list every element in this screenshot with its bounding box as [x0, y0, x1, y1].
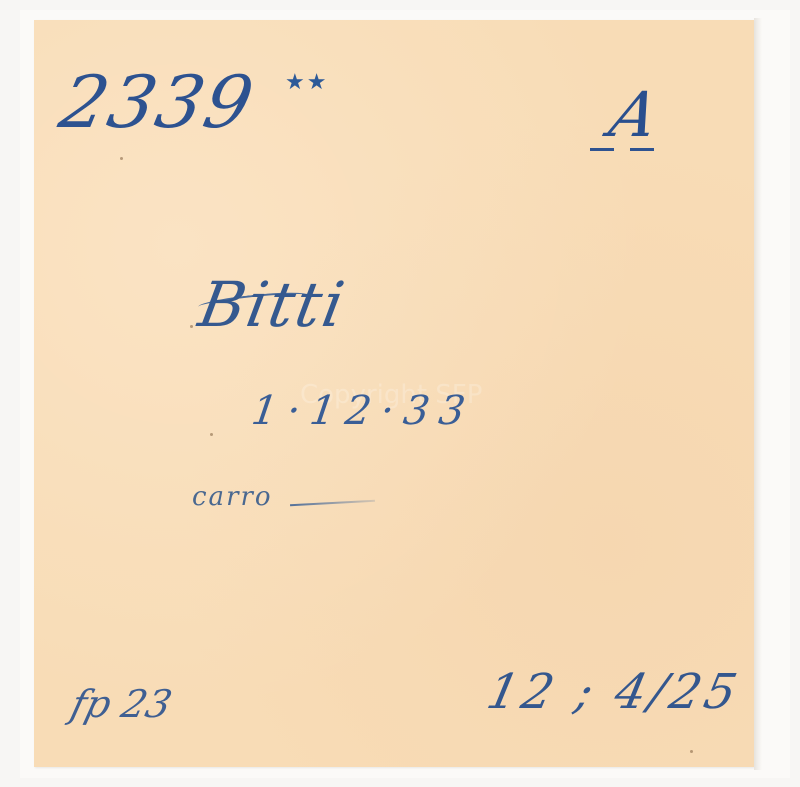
- reference-left: fp 23: [67, 682, 177, 726]
- ink-speck: [190, 325, 193, 328]
- subject-name: Bitti: [194, 268, 352, 341]
- reference-right: 12 ; 4/25: [482, 664, 745, 720]
- date: 1·12·33: [249, 388, 478, 434]
- ink-speck: [690, 750, 693, 753]
- star-marks-icon: ★★: [285, 70, 328, 95]
- card-edge-shadow: [754, 18, 762, 770]
- note: carro: [192, 482, 273, 512]
- category-underline: [590, 148, 654, 154]
- catalog-number: 2339: [53, 60, 262, 144]
- ink-speck: [120, 157, 123, 160]
- ink-speck: [210, 433, 213, 436]
